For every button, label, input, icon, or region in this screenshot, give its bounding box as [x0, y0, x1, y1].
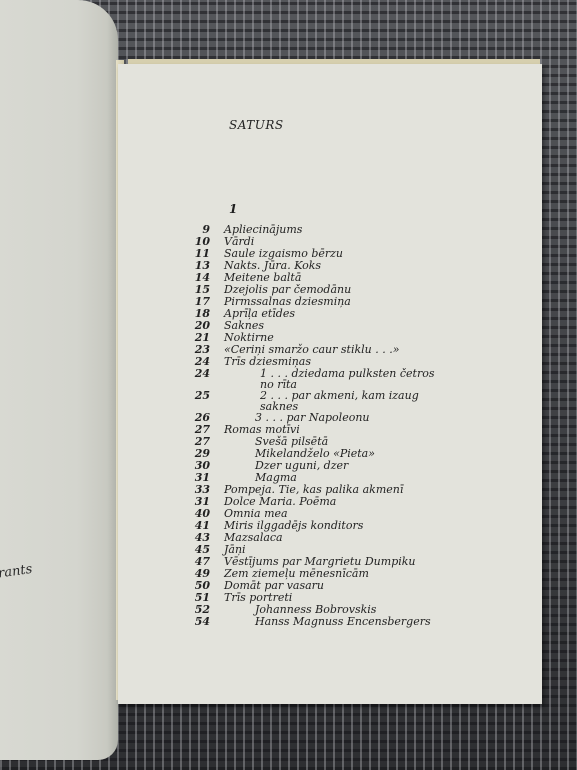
toc-entry: 241 . . . dziedama pulksten četros no rī…	[190, 368, 530, 390]
toc-entry-title: Hanss Magnuss Encensbergers	[255, 616, 431, 628]
toc-entry: 30Dzer uguni, dzer	[190, 460, 530, 472]
toc-entry-title: 1 . . . dziedama pulksten četros no rīta	[260, 368, 440, 390]
toc-page-number: 24	[190, 368, 210, 380]
toc-page-number: 54	[190, 616, 210, 628]
section-number: 1	[229, 202, 237, 216]
toc-entry: 27Romas motīvi	[190, 424, 530, 436]
table-of-contents: 9Apliecinājums10Vārdi11Saule izgaismo bē…	[190, 224, 530, 628]
toc-entry-title: 2 . . . par akmeni, kam izaug saknes	[260, 390, 440, 412]
left-book-page: Grants	[0, 0, 118, 760]
toc-page-number: 25	[190, 390, 210, 402]
right-book-page: SATURS 1 9Apliecinājums10Vārdi11Saule iz…	[118, 64, 542, 704]
left-page-text: Grants	[0, 562, 33, 583]
toc-title: SATURS	[229, 118, 284, 132]
toc-entry: 54Hanss Magnuss Encensbergers	[190, 616, 530, 628]
toc-entry: 29Mikelandželo «Pieta»	[190, 448, 530, 460]
toc-entry: 252 . . . par akmeni, kam izaug saknes	[190, 390, 530, 412]
